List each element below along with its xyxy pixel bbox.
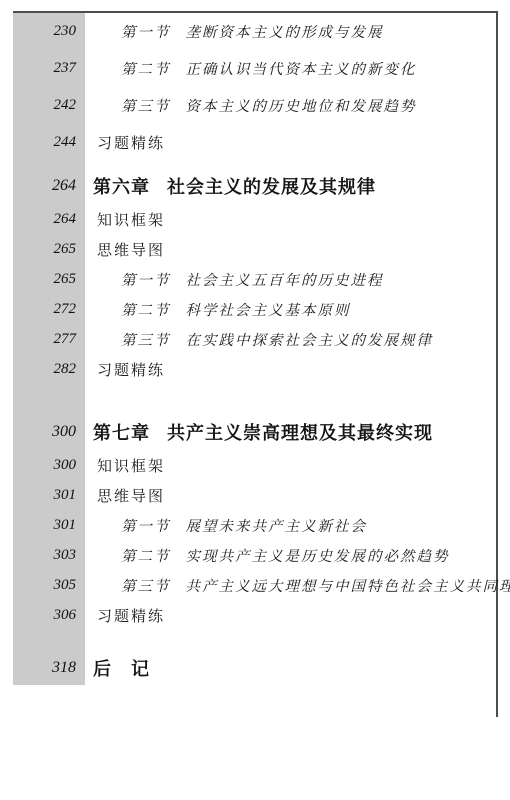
page-number: 277 <box>0 331 76 348</box>
section-title: 科学社会主义基本原则 <box>186 299 351 320</box>
section-title: 实现共产主义是历史发展的必然趋势 <box>186 545 450 566</box>
item-label: 习题精练 <box>97 359 165 380</box>
page-number: 237 <box>0 60 76 77</box>
item-label: 知识框架 <box>97 455 165 476</box>
page-number: 305 <box>0 577 76 594</box>
toc-row: 244 习题精练 <box>0 124 510 161</box>
toc-row-chapter: 264 第六章 社会主义的发展及其规律 <box>0 168 510 204</box>
page-number: 301 <box>0 487 76 504</box>
toc-row: 265 第一节 社会主义五百年的历史进程 <box>0 264 510 294</box>
chapter-label: 第六章 <box>93 173 150 199</box>
toc-row: 300 知识框架 <box>0 450 510 480</box>
toc-row: 301 第一节 展望未来共产主义新社会 <box>0 510 510 540</box>
section-label: 第二节 <box>121 58 171 79</box>
page-number: 265 <box>0 271 76 288</box>
toc-row: 230 第一节 垄断资本主义的形成与发展 <box>0 13 510 50</box>
toc-row-chapter: 318 后 记 <box>0 650 510 686</box>
page-number: 242 <box>0 97 76 114</box>
item-label: 思维导图 <box>97 485 165 506</box>
chapter-title: 社会主义的发展及其规律 <box>167 173 376 199</box>
page-number: 264 <box>0 177 76 195</box>
section-label: 第三节 <box>121 329 171 350</box>
toc-row-chapter: 300 第七章 共产主义崇高理想及其最终实现 <box>0 414 510 450</box>
page-number: 265 <box>0 241 76 258</box>
section-label: 第二节 <box>121 545 171 566</box>
page-number: 272 <box>0 301 76 318</box>
item-label: 习题精练 <box>97 605 165 626</box>
section-label: 第三节 <box>121 575 171 596</box>
page-number: 282 <box>0 361 76 378</box>
table-of-contents: 230 第一节 垄断资本主义的形成与发展 237 第二节 正确认识当代资本主义的… <box>0 13 510 686</box>
page-number: 301 <box>0 517 76 534</box>
item-label: 习题精练 <box>97 132 165 153</box>
page-number: 230 <box>0 23 76 40</box>
item-label: 思维导图 <box>97 239 165 260</box>
section-title: 垄断资本主义的形成与发展 <box>186 21 384 42</box>
page-number: 318 <box>0 659 76 677</box>
toc-row: 303 第二节 实现共产主义是历史发展的必然趋势 <box>0 540 510 570</box>
toc-row: 242 第三节 资本主义的历史地位和发展趋势 <box>0 87 510 124</box>
section-title: 展望未来共产主义新社会 <box>186 515 368 536</box>
toc-row: 237 第二节 正确认识当代资本主义的新变化 <box>0 50 510 87</box>
chapter-label: 第七章 <box>93 419 150 445</box>
section-label: 第一节 <box>121 515 171 536</box>
toc-row: 265 思维导图 <box>0 234 510 264</box>
section-label: 第二节 <box>121 299 171 320</box>
section-title: 正确认识当代资本主义的新变化 <box>186 58 417 79</box>
page-number: 300 <box>0 457 76 474</box>
section-title: 社会主义五百年的历史进程 <box>186 269 384 290</box>
section-label: 第三节 <box>121 95 171 116</box>
toc-row: 282 习题精练 <box>0 354 510 384</box>
toc-row: 277 第三节 在实践中探索社会主义的发展规律 <box>0 324 510 354</box>
section-title: 共产主义远大理想与中国特色社会主义共同理想 <box>186 575 510 596</box>
toc-row: 272 第二节 科学社会主义基本原则 <box>0 294 510 324</box>
page-number: 306 <box>0 607 76 624</box>
item-label: 知识框架 <box>97 209 165 230</box>
toc-row: 264 知识框架 <box>0 204 510 234</box>
toc-row: 305 第三节 共产主义远大理想与中国特色社会主义共同理想 <box>0 570 510 600</box>
toc-row: 306 习题精练 <box>0 600 510 630</box>
section-title: 在实践中探索社会主义的发展规律 <box>186 329 434 350</box>
section-label: 第一节 <box>121 269 171 290</box>
chapter-label: 后 记 <box>93 655 150 681</box>
chapter-title: 共产主义崇高理想及其最终实现 <box>167 419 433 445</box>
page-number: 244 <box>0 134 76 151</box>
page-number: 303 <box>0 547 76 564</box>
page-number: 300 <box>0 423 76 441</box>
section-label: 第一节 <box>121 21 171 42</box>
toc-row: 301 思维导图 <box>0 480 510 510</box>
page-number: 264 <box>0 211 76 228</box>
section-title: 资本主义的历史地位和发展趋势 <box>186 95 417 116</box>
